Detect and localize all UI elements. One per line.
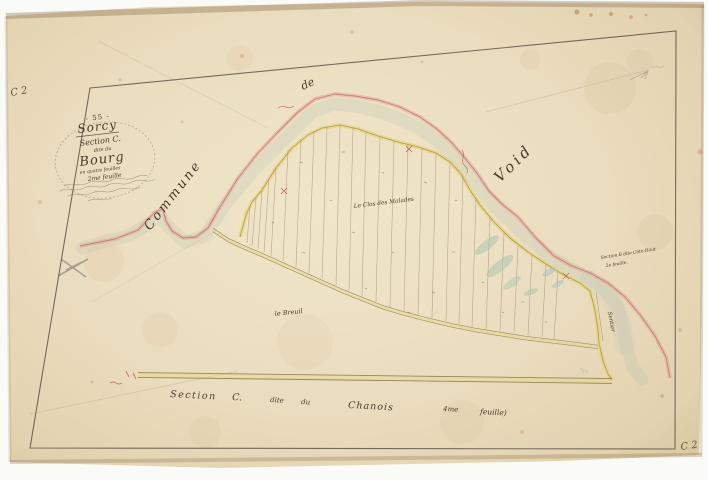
bottom-label-letter: C. bbox=[232, 392, 243, 404]
corner-mark-top-left: C 2 bbox=[10, 85, 29, 99]
corner-mark-bottom-right: C 2 bbox=[680, 440, 699, 453]
bottom-label-feuille: feuille) bbox=[479, 407, 507, 417]
cadastral-map-scan: - 55 - Sorcy Section C. dite du Bourg en… bbox=[0, 0, 708, 480]
adjacent-section-note-line1: Section B dite Côte-Haut bbox=[601, 247, 657, 261]
map-drawing: - 55 - Sorcy Section C. dite du Bourg en… bbox=[0, 0, 708, 480]
lieu-dit-clos-des-malades: Le Clos des Malades bbox=[353, 197, 415, 210]
bottom-label-chanois: Chanois bbox=[348, 400, 394, 413]
label-de-word: de bbox=[299, 75, 317, 93]
bottom-road bbox=[138, 373, 612, 384]
bottom-label-du: du bbox=[301, 398, 311, 406]
bottom-label-dite: dite bbox=[270, 396, 284, 405]
adjacent-section-note-line2: 2e feuille. bbox=[605, 261, 629, 270]
label-void-word: Void bbox=[490, 140, 536, 186]
adjacent-section-note: Section B dite Côte-Haut 2e feuille. bbox=[601, 247, 657, 269]
bottom-label-feuille-num: 4me bbox=[442, 405, 459, 414]
pencil-scribble-x bbox=[58, 259, 88, 277]
cartouche: - 55 - Sorcy Section C. dite du Bourg en… bbox=[51, 112, 160, 204]
bottom-label-section: Section bbox=[170, 389, 217, 402]
